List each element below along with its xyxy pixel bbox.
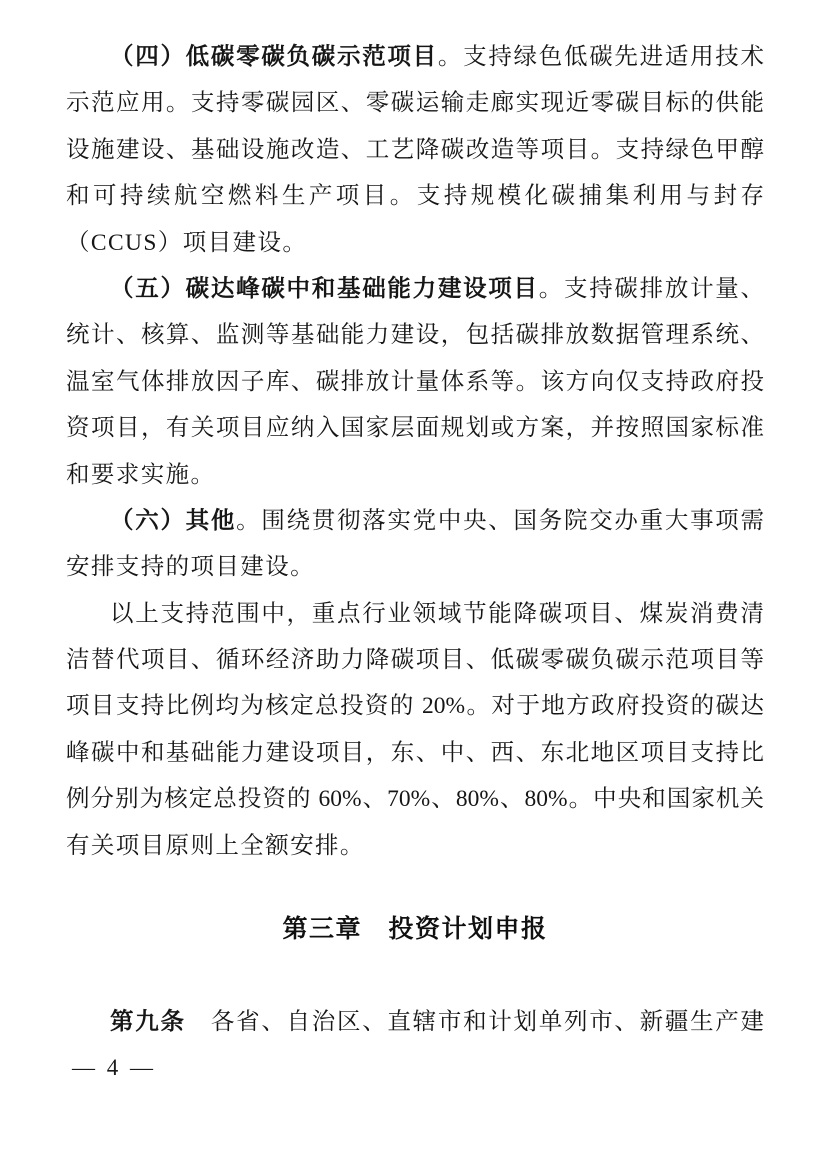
line-text: 以上支持范围中，重点行业领域节能降碳项目、煤炭消费清 <box>110 601 764 627</box>
paragraph-6-line-2: 安排支持的项目建设。 <box>66 544 764 590</box>
paragraph-5-line-4: 资项目，有关项目应纳入国家层面规划或方案，并按照国家标准 <box>66 405 764 451</box>
paragraph-4-line-4: 和可持续航空燃料生产项目。支持规模化碳捕集利用与封存 <box>66 173 764 219</box>
line-text: 峰碳中和基础能力建设项目，东、中、西、东北地区项目支持比 <box>66 740 764 766</box>
line-text: 示范应用。支持零碳园区、零碳运输走廊实现近零碳目标的供能 <box>66 90 764 116</box>
summary-paragraph-line-4: 峰碳中和基础能力建设项目，东、中、西、东北地区项目支持比 <box>66 730 764 776</box>
body-text-block: （四）低碳零碳负碳示范项目。支持绿色低碳先进适用技术 示范应用。支持零碳园区、零… <box>66 34 764 1046</box>
line-text: 有关项目原则上全额安排。 <box>66 833 365 859</box>
line-text: 统计、核算、监测等基础能力建设，包括碳排放数据管理系统、 <box>66 322 764 348</box>
page-number: — 4 — <box>72 1052 156 1084</box>
article-9-line: 第九条 各省、自治区、直辖市和计划单列市、新疆生产建 <box>66 999 764 1045</box>
line-text: 洁替代项目、循环经济助力降碳项目、低碳零碳负碳示范项目等 <box>66 647 764 673</box>
line-text: 资项目，有关项目应纳入国家层面规划或方案，并按照国家标准 <box>66 415 764 441</box>
line-text: 项目支持比例均为核定总投资的 20%。对于地方政府投资的碳达 <box>66 693 764 719</box>
line-text: 和要求实施。 <box>66 462 215 488</box>
article-9-text: 各省、自治区、直辖市和计划单列市、新疆生产建 <box>186 1009 764 1035</box>
line-text: 设施建设、基础设施改造、工艺降碳改造等项目。支持绿色甲醇 <box>66 137 764 163</box>
summary-paragraph-line-5: 例分别为核定总投资的 60%、70%、80%、80%。中央和国家机关 <box>66 776 764 822</box>
line-text: 例分别为核定总投资的 60%、70%、80%、80%。中央和国家机关 <box>66 786 764 812</box>
summary-paragraph-line-1: 以上支持范围中，重点行业领域节能降碳项目、煤炭消费清 <box>66 591 764 637</box>
summary-paragraph-line-2: 洁替代项目、循环经济助力降碳项目、低碳零碳负碳示范项目等 <box>66 637 764 683</box>
line-text: 安排支持的项目建设。 <box>66 554 315 580</box>
paragraph-4-line-2: 示范应用。支持零碳园区、零碳运输走廊实现近零碳目标的供能 <box>66 80 764 126</box>
paragraph-6-line-1: （六）其他。围绕贯彻落实党中央、国务院交办重大事项需 <box>66 498 764 544</box>
paragraph-5-line-2: 统计、核算、监测等基础能力建设，包括碳排放数据管理系统、 <box>66 312 764 358</box>
section-6-title: （六）其他 <box>110 508 236 534</box>
summary-paragraph-line-6: 有关项目原则上全额安排。 <box>66 823 764 869</box>
article-9-label: 第九条 <box>110 1009 186 1035</box>
paragraph-4-line-5: （CCUS）项目建设。 <box>66 220 764 266</box>
paragraph-5-line-1: （五）碳达峰碳中和基础能力建设项目。支持碳排放计量、 <box>66 266 764 312</box>
chapter-heading: 第三章 投资计划申报 <box>66 906 764 952</box>
paragraph-4-line-1: （四）低碳零碳负碳示范项目。支持绿色低碳先进适用技术 <box>66 34 764 80</box>
paragraph-5-line-5: 和要求实施。 <box>66 452 764 498</box>
section-4-title: （四）低碳零碳负碳示范项目 <box>110 44 438 70</box>
paragraph-5-line-3: 温室气体排放因子库、碳排放计量体系等。该方向仅支持政府投 <box>66 359 764 405</box>
line-text: 。支持碳排放计量、 <box>539 276 764 302</box>
section-5-title: （五）碳达峰碳中和基础能力建设项目 <box>110 276 539 302</box>
paragraph-4-line-3: 设施建设、基础设施改造、工艺降碳改造等项目。支持绿色甲醇 <box>66 127 764 173</box>
document-page: （四）低碳零碳负碳示范项目。支持绿色低碳先进适用技术 示范应用。支持零碳园区、零… <box>0 0 840 1151</box>
summary-paragraph-line-3: 项目支持比例均为核定总投资的 20%。对于地方政府投资的碳达 <box>66 683 764 729</box>
line-text: 和可持续航空燃料生产项目。支持规模化碳捕集利用与封存 <box>66 183 764 209</box>
line-text: 温室气体排放因子库、碳排放计量体系等。该方向仅支持政府投 <box>66 369 764 395</box>
line-text: （CCUS）项目建设。 <box>66 230 307 256</box>
line-text: 。支持绿色低碳先进适用技术 <box>438 44 764 70</box>
line-text: 。围绕贯彻落实党中央、国务院交办重大事项需 <box>236 508 764 534</box>
